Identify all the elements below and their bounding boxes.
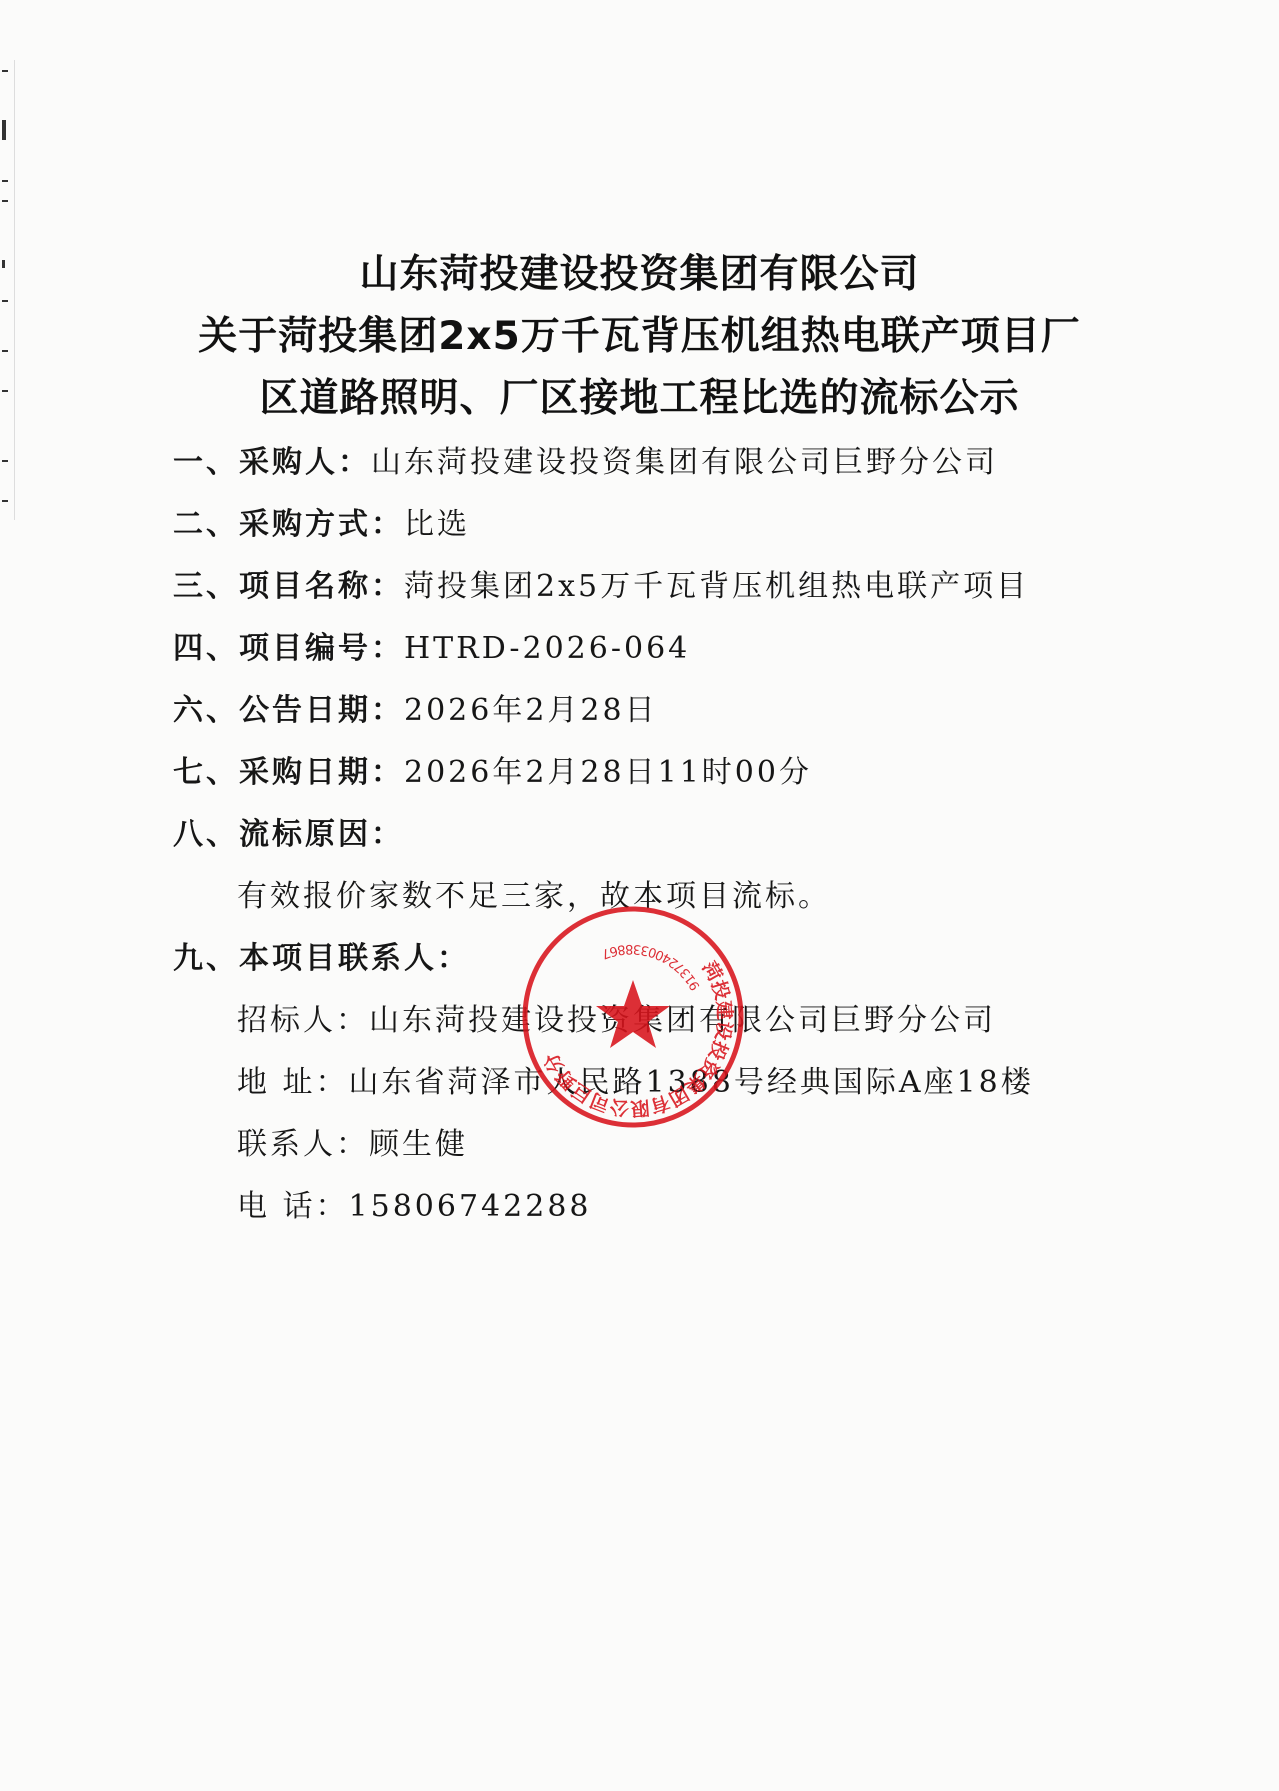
item-value: 比选 [404,507,470,542]
document-title-org: 山东菏投建设投资集团有限公司 [0,243,1279,299]
star-icon [596,980,670,1048]
document-page: 山东菏投建设投资集团有限公司 关于菏投集团2x5万千瓦背压机组热电联产项目厂 区… [0,0,1279,1791]
document-title-line-2: 关于菏投集团2x5万千瓦背压机组热电联产项目厂 [0,305,1279,361]
item-procurement-method: 二、采购方式：比选 [173,499,470,543]
contact-person: 联系人：顾生健 [237,1119,468,1163]
item-project-number: 四、项目编号：HTRD-2026-064 [173,623,690,667]
item-value: 山东菏投建设投资集团有限公司巨野分公司 [371,445,998,480]
seal-code: 91372400338867 [595,927,711,996]
item-label: 一、采购人： [173,445,371,480]
item-announcement-date: 六、公告日期：2026年2月28日 [173,685,658,729]
official-seal-stamp: 山东菏投建设投资集团有限公司巨野分公司 91372400338867 [518,902,748,1132]
item-label: 八、流标原因： [173,817,404,852]
item-label: 六、公告日期： [173,693,404,728]
item-failure-reason: 八、流标原因： [173,809,404,853]
item-procurement-date: 七、采购日期：2026年2月28日11时00分 [173,747,812,791]
item-label: 七、采购日期： [173,755,404,790]
item-project-name: 三、项目名称：菏投集团2x5万千瓦背压机组热电联产项目 [173,561,1029,605]
item-value: 2026年2月28日11时00分 [404,755,812,790]
item-purchaser: 一、采购人：山东菏投建设投资集团有限公司巨野分公司 [173,437,998,481]
document-title-line-3: 区道路照明、厂区接地工程比选的流标公示 [0,367,1279,423]
item-value: 菏投集团2x5万千瓦背压机组热电联产项目 [404,569,1029,604]
contact-heading: 九、本项目联系人： [173,933,470,977]
svg-text:91372400338867: 91372400338867 [595,927,711,996]
item-value: HTRD-2026-064 [404,631,690,666]
contact-phone: 电 话：15806742288 [237,1181,592,1225]
item-label: 四、项目编号： [173,631,404,666]
item-value: 2026年2月28日 [404,693,658,728]
item-label: 三、项目名称： [173,569,404,604]
item-label: 二、采购方式： [173,507,404,542]
